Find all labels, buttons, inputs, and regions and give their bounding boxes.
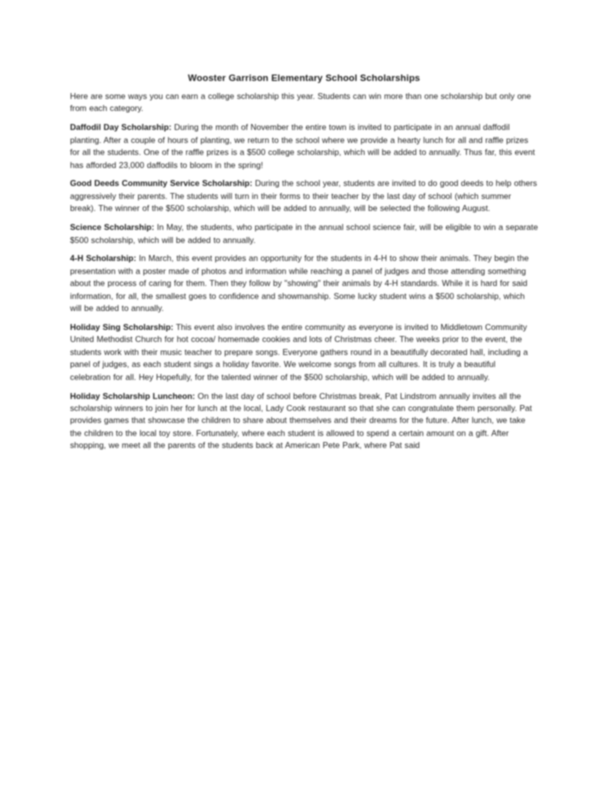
document-title: Wooster Garrison Elementary School Schol… [70,72,538,84]
section-heading: Good Deeds Community Service Scholarship… [70,178,252,188]
section-holiday-luncheon: Holiday Scholarship Luncheon: On the las… [70,390,538,452]
section-body: In March, this event provides an opportu… [70,253,529,313]
section-heading: Daffodil Day Scholarship: [70,122,172,132]
section-heading: 4-H Scholarship: [70,253,136,263]
document-page: Wooster Garrison Elementary School Schol… [0,0,609,792]
section-heading: Holiday Sing Scholarship: [70,322,173,332]
section-heading: Science Scholarship: [70,222,154,232]
section-daffodil-day: Daffodil Day Scholarship: During the mon… [70,121,538,171]
document-content: Wooster Garrison Elementary School Schol… [70,72,538,458]
section-holiday-sing: Holiday Sing Scholarship: This event als… [70,321,538,383]
section-good-deeds: Good Deeds Community Service Scholarship… [70,177,538,214]
intro-paragraph: Here are some ways you can earn a colleg… [70,90,538,115]
section-4h: 4-H Scholarship: In March, this event pr… [70,252,538,314]
section-science: Science Scholarship: In May, the student… [70,221,538,246]
section-heading: Holiday Scholarship Luncheon: [70,391,195,401]
